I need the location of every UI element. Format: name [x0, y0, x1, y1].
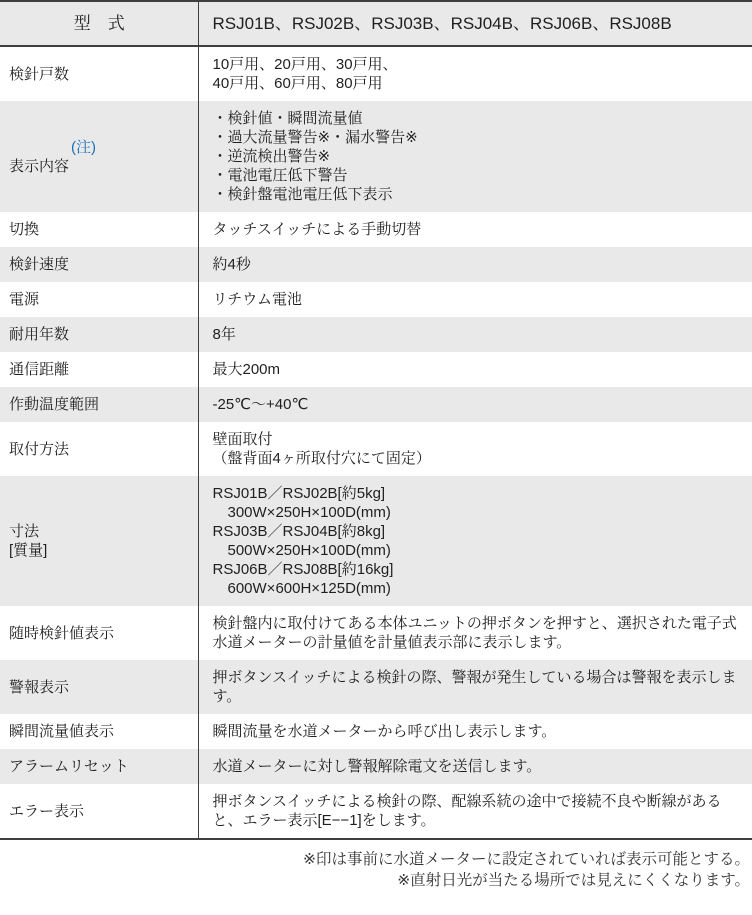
row-label: 検針戸数: [9, 65, 190, 84]
row-label-cell: 検針速度: [0, 247, 198, 282]
row-label: 表示内容: [9, 157, 190, 176]
row-label: 随時検針値表示: [9, 624, 190, 643]
row-value-cell: RSJ01B、RSJ02B、RSJ03B、RSJ04B、RSJ06B、RSJ08…: [198, 1, 752, 46]
value-line: RSJ03B／RSJ04B[約8kg]: [213, 522, 745, 541]
row-value-cell: 10戸用、20戸用、30戸用、 40戸用、60戸用、80戸用: [198, 46, 752, 101]
table-row-dimensions-mass: 寸法 [質量] RSJ01B／RSJ02B[約5kg] 300W×250H×10…: [0, 476, 752, 606]
value-line: 300W×250H×100D(mm): [213, 503, 745, 522]
table-row-switching: 切換 タッチスイッチによる手動切替: [0, 212, 752, 247]
value-line: 600W×600H×125D(mm): [213, 579, 745, 598]
row-value-cell: 瞬間流量を水道メーターから呼び出し表示します。: [198, 714, 752, 749]
row-label-cell: 作動温度範囲: [0, 387, 198, 422]
table-row-alarm-display: 警報表示 押ボタンスイッチによる検針の際、警報が発生している場合は警報を表示しま…: [0, 660, 752, 714]
table-row-power-source: 電源 リチウム電池: [0, 282, 752, 317]
row-label-cell: 切換: [0, 212, 198, 247]
row-label: 通信距離: [9, 360, 190, 379]
row-label-cell: 随時検針値表示: [0, 606, 198, 660]
row-label: 取付方法: [9, 440, 190, 459]
row-label-cell: エラー表示: [0, 784, 198, 839]
table-row-error-display: エラー表示 押ボタンスイッチによる検針の際、配線系統の途中で接続不良や断線がある…: [0, 784, 752, 839]
row-value-cell: 押ボタンスイッチによる検針の際、警報が発生している場合は警報を表示します。: [198, 660, 752, 714]
row-label: エラー表示: [9, 802, 190, 821]
row-value-cell: リチウム電池: [198, 282, 752, 317]
table-row-household-count: 検針戸数 10戸用、20戸用、30戸用、 40戸用、60戸用、80戸用: [0, 46, 752, 101]
row-label: 検針速度: [9, 255, 190, 274]
footnote-line: ※直射日光が当たる場所では見えにくくなります。: [0, 870, 750, 891]
table-row-communication-distance: 通信距離 最大200m: [0, 352, 752, 387]
spec-sheet: 型 式 RSJ01B、RSJ02B、RSJ03B、RSJ04B、RSJ06B、R…: [0, 0, 752, 891]
row-label: 作動温度範囲: [9, 395, 190, 414]
row-label-cell: 電源: [0, 282, 198, 317]
table-row-reading-speed: 検針速度 約4秒: [0, 247, 752, 282]
row-value-cell: 検針盤内に取付けてある本体ユニットの押ボタンを押すと、選択された電子式水道メータ…: [198, 606, 752, 660]
value-line: 40戸用、60戸用、80戸用: [213, 74, 745, 93]
note-label: (注): [9, 138, 190, 157]
table-row-instantaneous-flow-display: 瞬間流量値表示 瞬間流量を水道メーターから呼び出し表示します。: [0, 714, 752, 749]
row-value-cell: 最大200m: [198, 352, 752, 387]
value-line: RSJ01B、RSJ02B、RSJ03B、RSJ04B、RSJ06B、RSJ08…: [213, 14, 745, 33]
table-row-model: 型 式 RSJ01B、RSJ02B、RSJ03B、RSJ04B、RSJ06B、R…: [0, 1, 752, 46]
value-line: ・逆流検出警告※: [213, 147, 745, 166]
value-line: 押ボタンスイッチによる検針の際、警報が発生している場合は警報を表示します。: [213, 669, 737, 705]
row-label: アラームリセット: [9, 757, 190, 776]
row-label: 耐用年数: [9, 325, 190, 344]
row-label: 寸法: [9, 522, 190, 541]
row-label: 切換: [9, 220, 190, 239]
value-line: （盤背面4ヶ所取付穴にて固定）: [213, 449, 745, 468]
row-label-cell: 通信距離: [0, 352, 198, 387]
footnotes: ※印は事前に水道メーターに設定されていれば表示可能とする。 ※直射日光が当たる場…: [0, 849, 752, 891]
spec-table: 型 式 RSJ01B、RSJ02B、RSJ03B、RSJ04B、RSJ06B、R…: [0, 0, 752, 840]
row-label-cell: 検針戸数: [0, 46, 198, 101]
row-value-cell: ・検針値・瞬間流量値 ・過大流量警告※・漏水警告※ ・逆流検出警告※ ・電池電圧…: [198, 101, 752, 212]
value-line: 最大200m: [213, 360, 745, 379]
value-line: ・検針盤電池電圧低下表示: [213, 185, 745, 204]
table-row-on-demand-reading-display: 随時検針値表示 検針盤内に取付けてある本体ユニットの押ボタンを押すと、選択された…: [0, 606, 752, 660]
row-label-cell: 寸法 [質量]: [0, 476, 198, 606]
value-line: RSJ06B／RSJ08B[約16kg]: [213, 560, 745, 579]
row-label: 電源: [9, 290, 190, 309]
row-label-cell: アラームリセット: [0, 749, 198, 784]
row-label-cell: 警報表示: [0, 660, 198, 714]
row-value-cell: RSJ01B／RSJ02B[約5kg] 300W×250H×100D(mm) R…: [198, 476, 752, 606]
value-line: ・電池電圧低下警告: [213, 166, 745, 185]
value-line: 水道メーターに対し警報解除電文を送信します。: [213, 758, 542, 775]
row-label: 警報表示: [9, 678, 190, 697]
table-row-display-contents: (注) 表示内容 ・検針値・瞬間流量値 ・過大流量警告※・漏水警告※ ・逆流検出…: [0, 101, 752, 212]
value-line: 検針盤内に取付けてある本体ユニットの押ボタンを押すと、選択された電子式水道メータ…: [213, 615, 737, 651]
value-line: 押ボタンスイッチによる検針の際、配線系統の途中で接続不良や断線があると、エラー表…: [213, 793, 722, 829]
footnote-line: ※印は事前に水道メーターに設定されていれば表示可能とする。: [0, 849, 750, 870]
row-label-cell: 耐用年数: [0, 317, 198, 352]
value-line: 瞬間流量を水道メーターから呼び出し表示します。: [213, 723, 557, 740]
row-value-cell: 水道メーターに対し警報解除電文を送信します。: [198, 749, 752, 784]
table-row-operating-temperature: 作動温度範囲 -25℃〜+40℃: [0, 387, 752, 422]
row-label-cell: (注) 表示内容: [0, 101, 198, 212]
row-value-cell: 壁面取付 （盤背面4ヶ所取付穴にて固定）: [198, 422, 752, 476]
row-label-cell: 取付方法: [0, 422, 198, 476]
table-row-service-life: 耐用年数 8年: [0, 317, 752, 352]
value-line: ・過大流量警告※・漏水警告※: [213, 128, 745, 147]
row-label: 型 式: [9, 14, 190, 33]
value-line: 8年: [213, 325, 745, 344]
row-label: 瞬間流量値表示: [9, 722, 190, 741]
row-value-cell: タッチスイッチによる手動切替: [198, 212, 752, 247]
value-line: RSJ01B／RSJ02B[約5kg]: [213, 484, 745, 503]
value-line: 壁面取付: [213, 430, 745, 449]
value-line: タッチスイッチによる手動切替: [213, 220, 745, 239]
value-line: リチウム電池: [213, 290, 745, 309]
row-value-cell: 約4秒: [198, 247, 752, 282]
value-line: 500W×250H×100D(mm): [213, 541, 745, 560]
value-line: 約4秒: [213, 255, 745, 274]
row-label-cell: 型 式: [0, 1, 198, 46]
row-value-cell: -25℃〜+40℃: [198, 387, 752, 422]
table-row-mounting-method: 取付方法 壁面取付 （盤背面4ヶ所取付穴にて固定）: [0, 422, 752, 476]
value-line: ・検針値・瞬間流量値: [213, 109, 745, 128]
table-row-alarm-reset: アラームリセット 水道メーターに対し警報解除電文を送信します。: [0, 749, 752, 784]
row-value-cell: 押ボタンスイッチによる検針の際、配線系統の途中で接続不良や断線があると、エラー表…: [198, 784, 752, 839]
row-label-cell: 瞬間流量値表示: [0, 714, 198, 749]
value-line: 10戸用、20戸用、30戸用、: [213, 55, 745, 74]
row-value-cell: 8年: [198, 317, 752, 352]
value-line: -25℃〜+40℃: [213, 395, 745, 414]
row-label: [質量]: [9, 541, 190, 560]
